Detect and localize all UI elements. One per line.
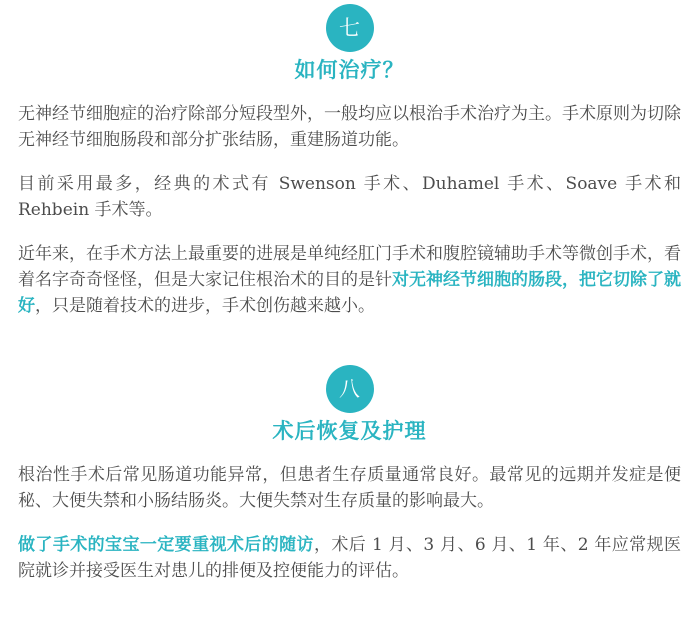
article-page: 七 如何治疗？ 无神经节细胞症的治疗除部分短段型外，一般均应以根治手术治疗为主。… [0,0,698,584]
section-title: 术后恢复及护理 [18,417,681,444]
paragraph: 做了手术的宝宝一定要重视术后的随访，术后 1 月、3 月、6 月、1 年、2 年… [18,532,681,584]
section-number-badge: 七 [326,4,374,52]
section-how-to-treat: 七 如何治疗？ 无神经节细胞症的治疗除部分短段型外，一般均应以根治手术治疗为主。… [18,4,681,319]
paragraph: 近年来，在手术方法上最重要的进展是单纯经肛门手术和腹腔镜辅助手术等微创手术，看着… [18,241,681,319]
section-postop-care: 八 术后恢复及护理 根治性手术后常见肠道功能异常，但患者生存质量通常良好。最常见… [18,365,681,584]
section-title: 如何治疗？ [18,56,681,83]
section-number-badge: 八 [326,365,374,413]
paragraph: 无神经节细胞症的治疗除部分短段型外，一般均应以根治手术治疗为主。手术原则为切除无… [18,101,681,153]
paragraph-text: ，只是随着技术的进步，手术创伤越来越小。 [35,296,375,316]
paragraph: 根治性手术后常见肠道功能异常，但患者生存质量通常良好。最常见的远期并发症是便秘、… [18,462,681,514]
highlighted-text: 做了手术的宝宝一定要重视术后的随访 [18,535,314,555]
paragraph: 目前采用最多，经典的术式有 Swenson 手术、Duhamel 手术、Soav… [18,171,681,223]
